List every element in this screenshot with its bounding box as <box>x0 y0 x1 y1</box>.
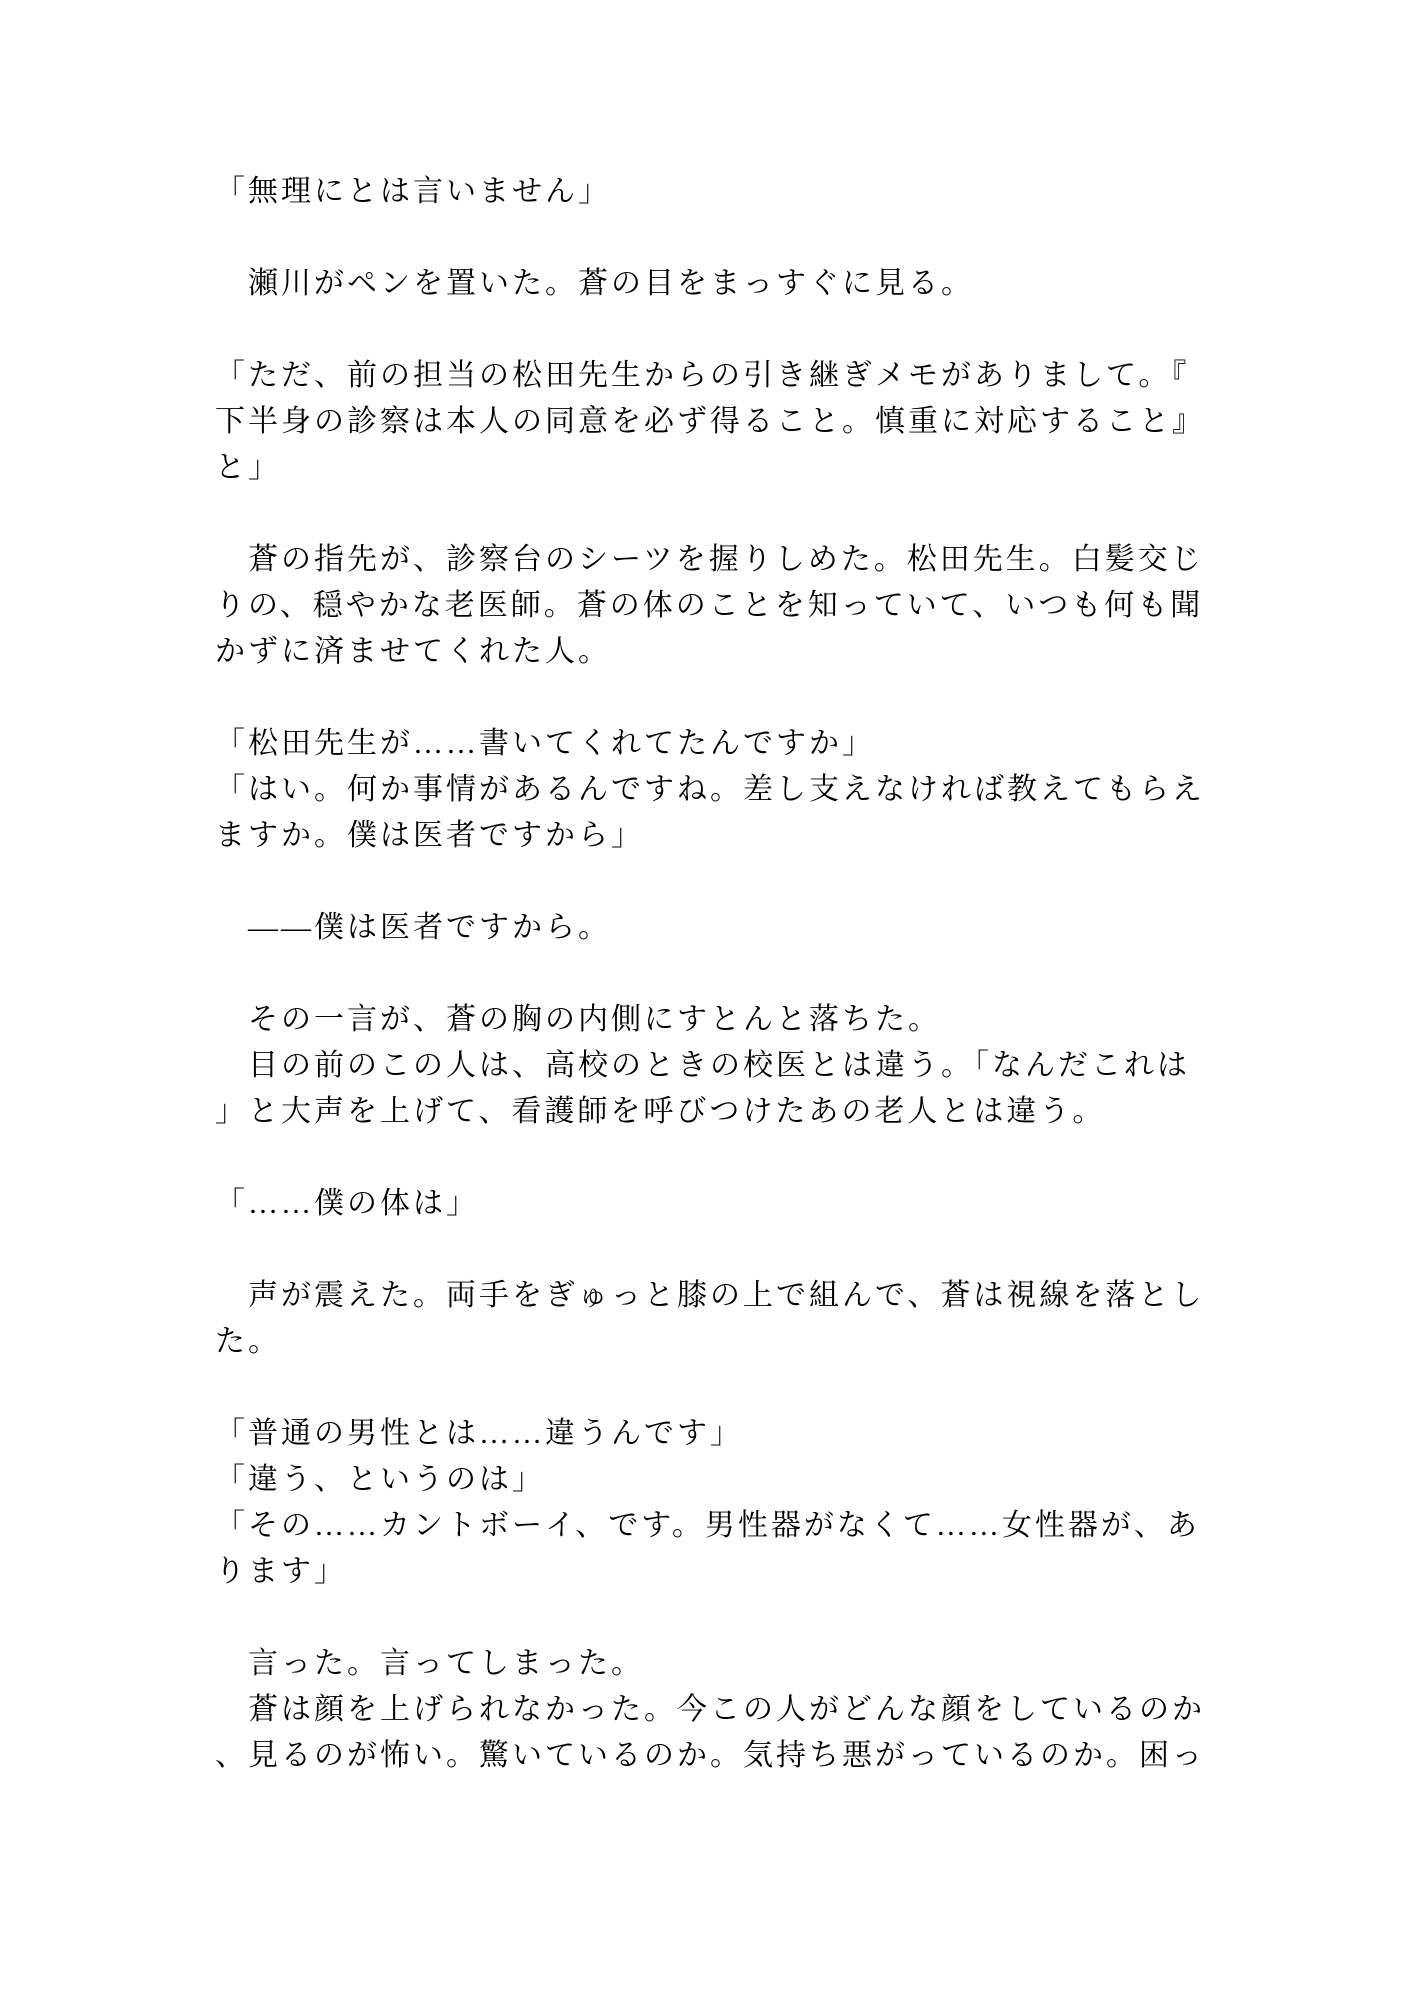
paragraph: ——僕は医者ですから。 <box>215 905 1245 951</box>
paragraph: 「ただ、前の担当の松田先生からの引き継ぎメモがありまして。『下半身の診察は本人の… <box>215 353 1245 491</box>
text-line: 声が震えた。両手をぎゅっと膝の上で組んで、蒼は視線を落とし <box>215 1273 1245 1319</box>
text-line: ますか。僕は医者ですから」 <box>215 813 1245 859</box>
text-line: 言った。言ってしまった。 <box>215 1641 1245 1687</box>
text-line: 、見るのが怖い。驚いているのか。気持ち悪がっているのか。困っ <box>215 1733 1245 1779</box>
text-line: 「違う、というのは」 <box>215 1457 1245 1503</box>
text-line: と」 <box>215 445 1245 491</box>
paragraph: 「無理にとは言いません」 <box>215 169 1245 215</box>
text-line: 瀬川がペンを置いた。蒼の目をまっすぐに見る。 <box>215 261 1245 307</box>
text-line: かずに済ませてくれた人。 <box>215 629 1245 675</box>
text-line: 下半身の診察は本人の同意を必ず得ること。慎重に対応すること』 <box>215 399 1245 445</box>
paragraph: 声が震えた。両手をぎゅっと膝の上で組んで、蒼は視線を落とした。 <box>215 1273 1245 1365</box>
text-line: 蒼は顔を上げられなかった。今この人がどんな顔をしているのか <box>215 1687 1245 1733</box>
paragraph: 「普通の男性とは……違うんです」「違う、というのは」「その……カントボーイ、です… <box>215 1411 1245 1595</box>
text-line: た。 <box>215 1319 1245 1365</box>
paragraph: 「松田先生が……書いてくれてたんですか」「はい。何か事情があるんですね。差し支え… <box>215 721 1245 859</box>
paragraph: 言った。言ってしまった。 蒼は顔を上げられなかった。今この人がどんな顔をしている… <box>215 1641 1245 1779</box>
text-line: 「松田先生が……書いてくれてたんですか」 <box>215 721 1245 767</box>
text-line: りの、穏やかな老医師。蒼の体のことを知っていて、いつも何も聞 <box>215 583 1245 629</box>
paragraph: 瀬川がペンを置いた。蒼の目をまっすぐに見る。 <box>215 261 1245 307</box>
text-line: その一言が、蒼の胸の内側にすとんと落ちた。 <box>215 997 1245 1043</box>
text-line: 蒼の指先が、診察台のシーツを握りしめた。松田先生。白髪交じ <box>215 537 1245 583</box>
text-line: ——僕は医者ですから。 <box>215 905 1245 951</box>
paragraph: 蒼の指先が、診察台のシーツを握りしめた。松田先生。白髪交じりの、穏やかな老医師。… <box>215 537 1245 675</box>
paragraph: 「……僕の体は」 <box>215 1181 1245 1227</box>
text-line: 「はい。何か事情があるんですね。差し支えなければ教えてもらえ <box>215 767 1245 813</box>
text-line: 「その……カントボーイ、です。男性器がなくて……女性器が、あ <box>215 1503 1245 1549</box>
paragraph: その一言が、蒼の胸の内側にすとんと落ちた。 目の前のこの人は、高校のときの校医と… <box>215 997 1245 1135</box>
text-line: 」と大声を上げて、看護師を呼びつけたあの老人とは違う。 <box>215 1089 1245 1135</box>
text-line: 「ただ、前の担当の松田先生からの引き継ぎメモがありまして。『 <box>215 353 1245 399</box>
text-line: ります」 <box>215 1549 1245 1595</box>
text-line: 「……僕の体は」 <box>215 1181 1245 1227</box>
text-block: 「無理にとは言いません」 瀬川がペンを置いた。蒼の目をまっすぐに見る。「ただ、前… <box>215 169 1245 1825</box>
text-line: 目の前のこの人は、高校のときの校医とは違う。「なんだこれは <box>215 1043 1245 1089</box>
text-line: 「普通の男性とは……違うんです」 <box>215 1411 1245 1457</box>
text-line: 「無理にとは言いません」 <box>215 169 1245 215</box>
document-page: 「無理にとは言いません」 瀬川がペンを置いた。蒼の目をまっすぐに見る。「ただ、前… <box>0 0 1415 2000</box>
